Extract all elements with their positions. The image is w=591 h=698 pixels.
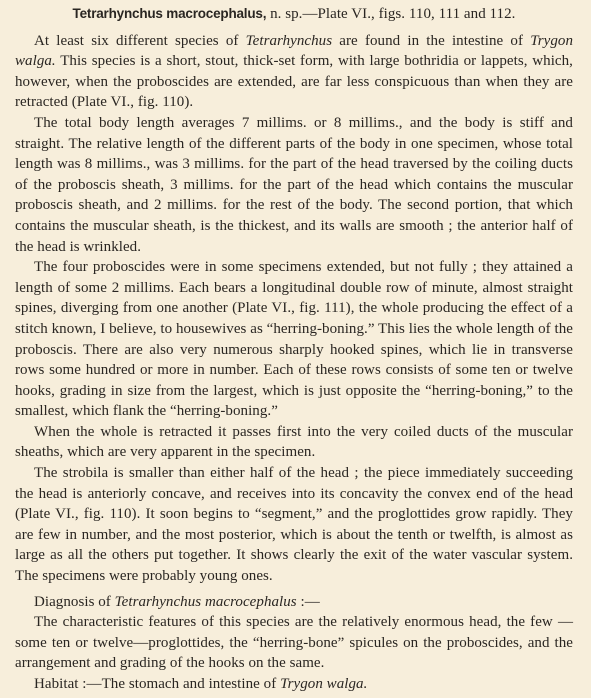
diagnosis-heading: Diagnosis of Tetrarhynchus macrocephalus…: [15, 592, 573, 613]
text-segment: When the whole is retracted it passes fi…: [15, 424, 573, 461]
host-name: Trygon walga.: [280, 676, 367, 692]
text-segment: The four proboscides were in some specim…: [15, 259, 573, 419]
paragraph-proboscides: The four proboscides were in some specim…: [15, 257, 573, 422]
text-segment: Diagnosis of: [34, 594, 115, 610]
heading-reference: n. sp.—Plate VI., figs. 110, 111 and 112…: [266, 6, 515, 22]
paragraph-intro: At least six different species of Tetrar…: [15, 31, 573, 113]
section-heading: Tetrarhynchus macrocephalus, n. sp.—Plat…: [15, 4, 573, 25]
text-segment: The characteristic features of this spec…: [15, 614, 573, 671]
text-segment: :—: [297, 594, 320, 610]
paragraph-strobila: The strobila is smaller than either half…: [15, 463, 573, 587]
species-name: Tetrarhynchus macrocephalus,: [73, 6, 267, 21]
document-page: Tetrarhynchus macrocephalus, n. sp.—Plat…: [0, 0, 591, 698]
species-name-italic: Tetrarhynchus macrocephalus: [115, 594, 297, 610]
paragraph-body-length: The total body length averages 7 millims…: [15, 113, 573, 257]
text-segment: Habitat :—The stomach and intestine of: [34, 676, 280, 692]
text-segment: At least six different species of: [34, 33, 246, 49]
text-segment: are found in the intestine of: [332, 33, 530, 49]
paragraph-habitat: Habitat :—The stomach and intestine of T…: [15, 674, 573, 695]
genus-name: Tetrarhynchus: [246, 33, 333, 49]
text-segment: This species is a short, stout, thick-se…: [15, 53, 573, 110]
paragraph-retraction: When the whole is retracted it passes fi…: [15, 422, 573, 463]
text-segment: The total body length averages 7 millims…: [15, 115, 573, 255]
paragraph-diagnosis: The characteristic features of this spec…: [15, 612, 573, 674]
text-segment: The strobila is smaller than either half…: [15, 465, 573, 584]
